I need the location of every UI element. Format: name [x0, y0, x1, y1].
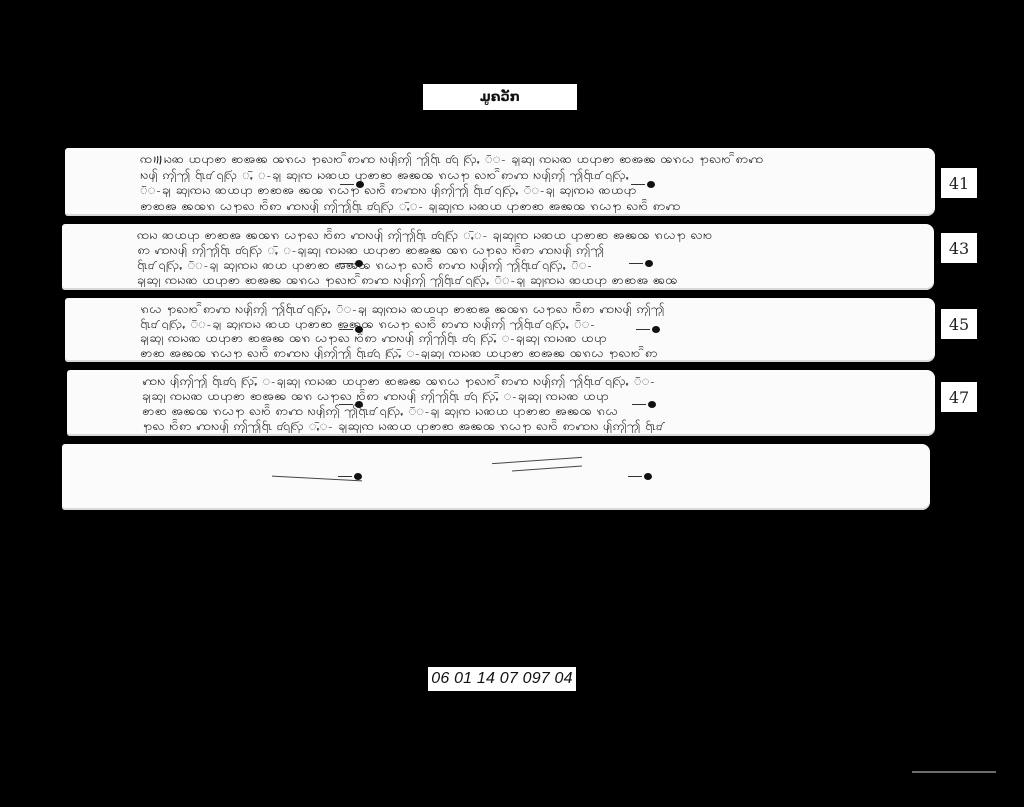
text-line: ꩲꩳ ꩴꩵꩶ ꩷꩸꩹ ꩺꩻꩼ ꩽꩾꩿ ꩡꩢꩣ ꩤꩥꩦ ꩧꩨꩩ ꩪꩫꩬ ꩭꩮꩯ ꩰ… [142, 373, 875, 388]
manuscript-title-label: ມູຄວັກ [423, 84, 577, 110]
reference-code-label: 06 01 14 07 097 04 [428, 667, 576, 691]
surface-scratch [492, 457, 582, 464]
string-hole-right [645, 260, 653, 267]
string-hole-left [355, 260, 363, 267]
text-line: ꩳꩴ ꩵꩶ ꩷꩸ ꩹ꩺ ꩻꩼ ꩽꩾ ꩿꩡ ꩢꩣꩤ ꩥꩦꩧ ꩨꩩꩪ ꩫꩬꩭ ꩮꩯ … [140, 167, 875, 182]
string-hole-right [644, 473, 652, 480]
text-line: ꩰꩱ ꩲꩳꩴ ꩵꩶ꩷ ꩸꩹ꩺ ꩻꩼ ꩽꩾꩿ ꩡꩢꩣ ꩤꩥꩦ ꩧꩨꩩ ꩪꩫ ꩬꩭꩮ… [137, 242, 874, 257]
leaf-text-block: ꩡꩢ ꩣꩤꩥ ꩦꩧꩨ ꩩꩪꩫ ꩬꩭꩮ ꩯꩰꩱ ꩲꩳꩴ ꩵꩶ꩷ ꩸꩹ꩺ ꩻꩼꩽ ꩾ… [137, 227, 874, 287]
palm-leaf-blank [62, 444, 930, 510]
string-hole-left [354, 473, 362, 480]
text-line: ꩡꩢ ꩣꩤꩥ ꩦꩧꩨ ꩩꩪꩫ ꩬꩭꩮ ꩯꩰꩱ ꩲꩳꩴ ꩵꩶ꩷ ꩸꩹ꩺ ꩻꩼꩽ ꩾ… [137, 227, 874, 242]
text-line: ꩾꩿ ꩡꩢꩣ ꩤꩥꩦ ꩧꩨꩩ ꩪꩫ ꩬꩭꩮ ꩯꩰꩱ ꩲꩳꩴ ꩵꩶ꩷ ꩸꩹ ꩺꩻꩼ… [142, 388, 875, 403]
palm-leaf-page-43: ꩡꩢ ꩣꩤꩥ ꩦꩧꩨ ꩩꩪꩫ ꩬꩭꩮ ꩯꩰꩱ ꩲꩳꩴ ꩵꩶ꩷ ꩸꩹ꩺ ꩻꩼꩽ ꩾ… [62, 224, 934, 290]
text-line: ꩦꩧ ꩨꩩꩪ ꩫꩬꩭ ꩮꩯꩰ ꩱꩲ ꩳꩴꩵ ꩶ꩷꩸ ꩹ꩺꩻ ꩼꩽꩾ ꩿꩡ ꩢꩣꩤ… [142, 403, 875, 418]
text-line: ꩦꩧꩨ ꩩꩪꩫ ꩬꩭꩮ ꩯꩰꩱ ꩲꩳꩴ ꩵꩶ꩷ ꩸꩹ꩺ ꩻꩼꩽ ꩾꩿꩡ ꩢꩣꩤ … [140, 198, 875, 213]
page-number-45: 45 [941, 309, 977, 339]
surface-scratch [512, 466, 582, 472]
scan-artifact [912, 771, 996, 773]
string-hole-left [355, 401, 363, 408]
text-line: ꩫꩬ ꩭꩮꩯ ꩰꩱꩲ ꩳꩴꩵ ꩶ꩷꩸ ꩹ꩺꩻ ꩼꩽꩾ ꩿꩡꩢ ꩣꩤꩥ ꩦꩧꩨ ꩩ… [140, 301, 875, 316]
text-line: ꩾꩿ ꩡꩢꩣ ꩤꩥꩦ ꩧꩨꩩ ꩪꩫꩬ ꩭꩮꩯ ꩰꩱꩲ ꩳꩴꩵ ꩶ꩷꩸ ꩹ꩺꩻ ꩼ… [137, 272, 874, 287]
text-line: ꩷꩸ ꩹ꩺꩻ ꩼꩽꩾ ꩿꩡꩢ ꩣꩤ ꩥꩦꩧ ꩨꩩꩪ ꩫꩬꩭ ꩮꩯꩰ ꩱꩲ ꩳꩴꩵ… [140, 316, 875, 331]
leaf-text-block: ꩲꩳ ꩴꩵꩶ ꩷꩸꩹ ꩺꩻꩼ ꩽꩾꩿ ꩡꩢꩣ ꩤꩥꩦ ꩧꩨꩩ ꩪꩫꩬ ꩭꩮꩯ ꩰ… [142, 373, 875, 433]
string-hole-right [647, 181, 655, 188]
text-line: ꩾꩿ ꩡꩢꩣ ꩤꩥꩦ ꩧꩨꩩ ꩪꩫ ꩬꩭꩮ ꩯꩰꩱ ꩲꩳꩴ ꩵꩶ꩷ ꩸꩹ ꩺꩻꩼ… [140, 330, 875, 345]
palm-leaf-page-41: ꩡ꩟ꩢꩣ ꩤꩥꩦ ꩧꩨꩩ ꩪꩫꩬ ꩭꩮꩯ ꩰꩱꩲ ꩳꩴꩵ ꩶ꩷ ꩸꩹ ꩺꩻ ꩼꩽ… [65, 148, 935, 216]
leaf-text-block: ꩫꩬ ꩭꩮꩯ ꩰꩱꩲ ꩳꩴꩵ ꩶ꩷꩸ ꩹ꩺꩻ ꩼꩽꩾ ꩿꩡꩢ ꩣꩤꩥ ꩦꩧꩨ ꩩ… [140, 301, 875, 359]
page-number-47: 47 [941, 382, 977, 412]
palm-leaf-page-45: ꩫꩬ ꩭꩮꩯ ꩰꩱꩲ ꩳꩴꩵ ꩶ꩷꩸ ꩹ꩺꩻ ꩼꩽꩾ ꩿꩡꩢ ꩣꩤꩥ ꩦꩧꩨ ꩩ… [65, 298, 935, 362]
palm-leaf-page-47: ꩲꩳ ꩴꩵꩶ ꩷꩸꩹ ꩺꩻꩼ ꩽꩾꩿ ꩡꩢꩣ ꩤꩥꩦ ꩧꩨꩩ ꩪꩫꩬ ꩭꩮꩯ ꩰ… [67, 370, 935, 436]
text-line: ꩦꩧ ꩨꩩꩪ ꩫꩬꩭ ꩮꩯꩰ ꩱꩲꩳ ꩴꩵꩶ ꩷꩸꩹ ꩺꩻꩼ ꩽꩾꩿ ꩡꩢꩣ ꩤ… [140, 345, 875, 360]
string-hole-right [652, 326, 660, 333]
text-line: ꩷꩸ ꩹ꩺꩻ ꩼꩽꩾ ꩿꩡꩢ ꩣꩤ ꩥꩦꩧ ꩨꩩꩪ ꩫꩬꩭ ꩮꩯꩰ ꩱꩲ ꩳꩴꩵ… [137, 257, 874, 272]
string-hole-right [648, 401, 656, 408]
page-number-43: 43 [941, 233, 977, 263]
text-line: ꩡ꩟ꩢꩣ ꩤꩥꩦ ꩧꩨꩩ ꩪꩫꩬ ꩭꩮꩯ ꩰꩱꩲ ꩳꩴꩵ ꩶ꩷ ꩸꩹ ꩺꩻ ꩼꩽ… [140, 151, 875, 166]
string-hole-left [356, 181, 364, 188]
leaf-text-block: ꩡ꩟ꩢꩣ ꩤꩥꩦ ꩧꩨꩩ ꩪꩫꩬ ꩭꩮꩯ ꩰꩱꩲ ꩳꩴꩵ ꩶ꩷ ꩸꩹ ꩺꩻ ꩼꩽ… [140, 151, 875, 213]
text-line: ꩼꩽꩾ ꩿꩡꩢ ꩣꩤꩥ ꩦꩧꩨ ꩩꩪ ꩫꩬꩭ ꩮꩯꩰ ꩱꩲꩳ ꩴꩵꩶ ꩷꩸ ꩹ꩺ… [140, 182, 875, 197]
page-number-41: 41 [941, 168, 977, 198]
text-line: ꩭꩮ ꩯꩰꩱ ꩲꩳꩴ ꩵꩶ꩷ ꩸꩹ꩺ ꩻꩼꩽ ꩾꩿꩡ ꩢꩣꩤ ꩥꩦꩧ ꩨꩩꩪ ꩫ… [142, 418, 875, 433]
string-hole-left [355, 326, 363, 333]
